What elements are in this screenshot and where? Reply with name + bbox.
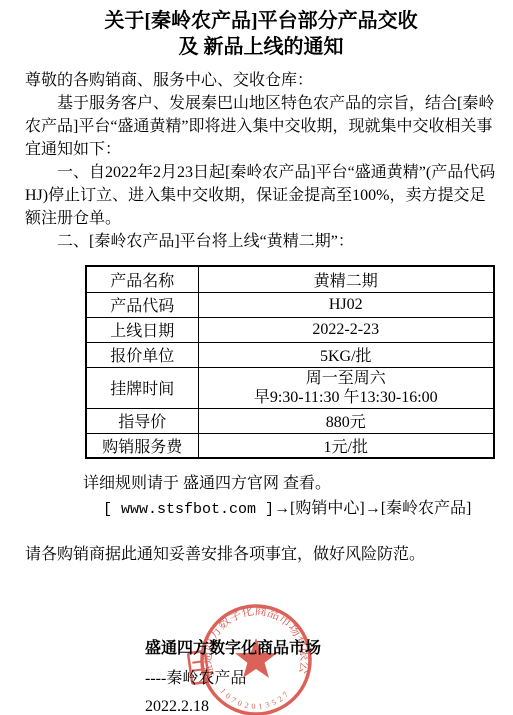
table-row-service-fee: 购销服务费 1元/批 [86,433,494,458]
listing-time-line-1: 周一至周六 [199,369,494,388]
table-row-product-code: 产品代码 HJ02 [86,292,494,317]
title-line-2: 及 新品上线的通知 [25,34,497,60]
rules-path: [ www.stsfbot.com ]→[购销中心]→[秦岭农产品] [103,497,497,521]
row-value: 黄精二期 [198,266,494,292]
table-row-launch-date: 上线日期 2022-2-23 [86,317,494,342]
salutation: 尊敬的各购销商、服务中心、交收仓库： [25,69,497,92]
rules-note: 详细规则请于 盛通四方官网 查看。 [83,472,497,495]
row-label: 产品代码 [86,292,198,317]
row-label: 购销服务费 [86,433,198,458]
row-label: 报价单位 [86,342,198,367]
closing-paragraph: 请各购销商据此通知妥善安排各项事宜，做好风险防范。 [25,543,497,566]
menu-path: →[购销中心]→[秦岭农产品] [274,500,471,517]
table-row-quote-unit: 报价单位 5KG/批 [86,342,494,367]
listing-time-line-2: 早9:30-11:30 午13:30-16:00 [199,388,494,407]
row-value: 2022-2-23 [198,317,494,342]
signature-block: 盛通四方数字化商品市场 ----秦岭农产品 2022.2.18 [145,638,497,715]
website-url: [ www.stsfbot.com ] [103,501,274,518]
issuer-org: 盛通四方数字化商品市场 [145,638,497,660]
row-value: 周一至周六 早9:30-11:30 午13:30-16:00 [198,367,494,408]
intro-paragraph: 基于服务客户、发展秦巴山地区特色农产品的宗旨，结合[秦岭农产品]平台“盛通黄精”… [25,92,497,161]
table-row-guide-price: 指导价 880元 [86,408,494,433]
page-title: 关于[秦岭农产品]平台部分产品交收 及 新品上线的通知 [25,8,497,60]
row-value: 1元/批 [198,433,494,458]
table-row-listing-time: 挂牌时间 周一至周六 早9:30-11:30 午13:30-16:00 [86,367,494,408]
item2-paragraph: 二、[秦岭农产品]平台将上线“黄精二期”： [25,230,497,253]
row-label: 上线日期 [86,317,198,342]
table-row-product-name: 产品名称 黄精二期 [86,266,494,292]
row-label: 指导价 [86,408,198,433]
issue-date: 2022.2.18 [145,695,497,715]
row-value: 880元 [198,408,494,433]
row-value: HJ02 [198,292,494,317]
row-label: 挂牌时间 [86,367,198,408]
title-line-1: 关于[秦岭农产品]平台部分产品交收 [25,8,497,34]
row-label: 产品名称 [86,266,198,292]
row-value: 5KG/批 [198,342,494,367]
notice-document: 关于[秦岭农产品]平台部分产品交收 及 新品上线的通知 尊敬的各购销商、服务中心… [0,0,513,715]
issuer-dept: ----秦岭农产品 [145,667,497,690]
item1-paragraph: 一、自2022年2月23日起[秦岭农产品]平台“盛通黄精”(产品代码 HJ)停止… [25,161,497,230]
product-info-table: 产品名称 黄精二期 产品代码 HJ02 上线日期 2022-2-23 报价单位 … [85,265,495,459]
document-content: 关于[秦岭农产品]平台部分产品交收 及 新品上线的通知 尊敬的各购销商、服务中心… [0,0,513,715]
